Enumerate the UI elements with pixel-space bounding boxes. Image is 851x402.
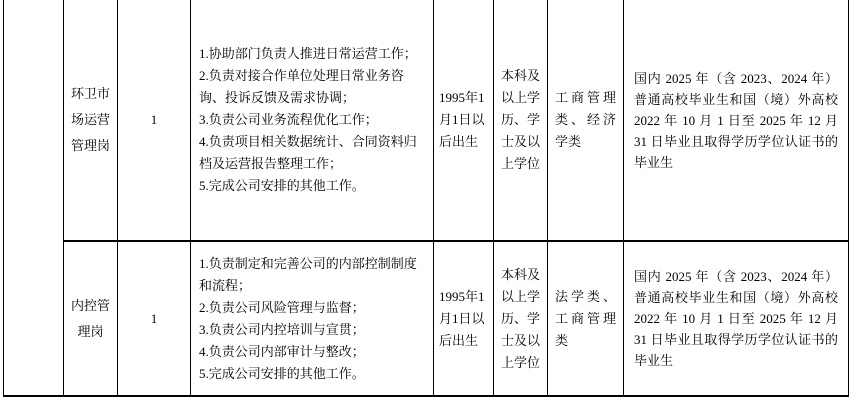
- position-name: 内控管理岗: [70, 293, 111, 345]
- major-cell: 工商管理类、经济学类: [548, 0, 624, 242]
- recruitment-table: 环卫市场运营管理岗 1 1.协助部门负责人推进日常运营工作； 2.负责对接合作单…: [3, 0, 849, 397]
- major-requirement: 法学类、工商管理类: [555, 286, 616, 352]
- position-name: 环卫市场运营管理岗: [70, 81, 111, 159]
- duties-cell: 1.负责制定和完善公司的内部控制制度和流程； 2.负责公司风险管理与监督； 3.…: [191, 242, 434, 397]
- birth-requirement: 1995年1月1日以后出生: [439, 87, 488, 153]
- table-row: 环卫市场运营管理岗 1 1.协助部门负责人推进日常运营工作； 2.负责对接合作单…: [64, 0, 849, 242]
- duty-item: 3.负责公司业务流程优化工作；: [199, 109, 425, 131]
- headcount-cell: 1: [118, 242, 191, 397]
- headcount-value: 1: [118, 308, 190, 330]
- position-cell: 内控管理岗: [64, 242, 118, 397]
- table-row: 内控管理岗 1 1.负责制定和完善公司的内部控制制度和流程； 2.负责公司风险管…: [64, 242, 849, 397]
- education-cell: 本科及以上学历、学士及以上学位: [494, 0, 548, 242]
- eligibility-cell: 国内 2025 年（含 2023、2024 年）普通高校毕业生和国（境）外高校 …: [624, 242, 849, 397]
- major-cell: 法学类、工商管理类: [548, 242, 624, 397]
- duty-item: 2.负责对接合作单位处理日常业务咨询、投诉反馈及需求协调；: [199, 65, 425, 109]
- education-requirement: 本科及以上学历、学士及以上学位: [501, 65, 540, 175]
- duty-item: 2.负责公司风险管理与监督；: [199, 297, 425, 319]
- birth-date-cell: 1995年1月1日以后出生: [434, 0, 494, 242]
- duty-item: 3.负责公司内控培训与宣贯；: [199, 319, 425, 341]
- duty-item: 1.负责制定和完善公司的内部控制制度和流程；: [199, 253, 425, 297]
- eligibility-text: 国内 2025 年（含 2023、2024 年）普通高校毕业生和国（境）外高校 …: [634, 266, 838, 371]
- headcount-value: 1: [118, 109, 190, 131]
- eligibility-text: 国内 2025 年（含 2023、2024 年）普通高校毕业生和国（境）外高校 …: [634, 68, 838, 173]
- birth-date-cell: 1995年1月1日以后出生: [434, 242, 494, 397]
- headcount-cell: 1: [118, 0, 191, 242]
- eligibility-cell: 国内 2025 年（含 2023、2024 年）普通高校毕业生和国（境）外高校 …: [624, 0, 849, 242]
- duty-item: 4.负责公司内部审计与整改；: [199, 341, 425, 363]
- merged-left-cell: [4, 0, 64, 397]
- major-requirement: 工商管理类、经济学类: [555, 87, 616, 153]
- birth-requirement: 1995年1月1日以后出生: [439, 286, 488, 352]
- duty-item: 5.完成公司安排的其他工作。: [199, 363, 425, 385]
- duty-item: 1.协助部门负责人推进日常运营工作；: [199, 43, 425, 65]
- education-cell: 本科及以上学历、学士及以上学位: [494, 242, 548, 397]
- duties-cell: 1.协助部门负责人推进日常运营工作； 2.负责对接合作单位处理日常业务咨询、投诉…: [191, 0, 434, 242]
- duty-item: 5.完成公司安排的其他工作。: [199, 175, 425, 197]
- duty-item: 4.负责项目相关数据统计、合同资料归档及运营报告整理工作；: [199, 131, 425, 175]
- position-cell: 环卫市场运营管理岗: [64, 0, 118, 242]
- table-rows: 环卫市场运营管理岗 1 1.协助部门负责人推进日常运营工作； 2.负责对接合作单…: [64, 0, 849, 397]
- education-requirement: 本科及以上学历、学士及以上学位: [501, 264, 540, 374]
